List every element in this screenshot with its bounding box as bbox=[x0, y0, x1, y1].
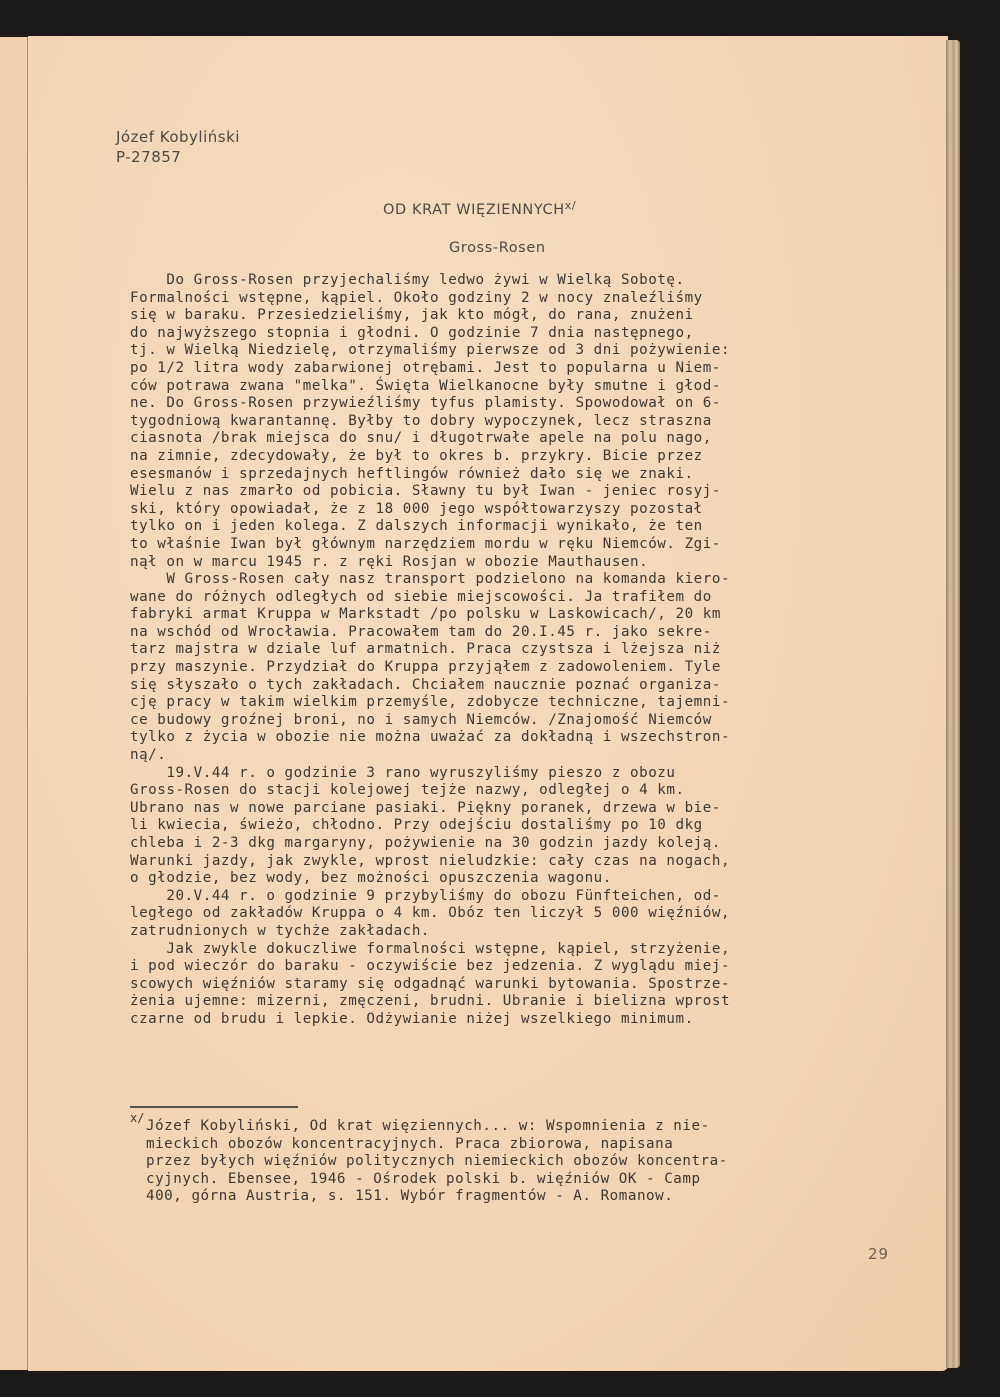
footnote-text: Józef Kobyliński, Od krat więziennych...… bbox=[146, 1118, 916, 1206]
body-line: Jak zwykle dokuczliwe formalności wstępn… bbox=[130, 941, 920, 959]
body-line: się w baraku. Przesiedzieliśmy, jak kto … bbox=[130, 307, 920, 325]
body-line: W Gross-Rosen cały nasz transport podzie… bbox=[130, 571, 920, 589]
document-title: OD KRAT WIĘZIENNYCHx/ bbox=[383, 202, 576, 218]
footnote-line: 400, górna Austria, s. 151. Wybór fragme… bbox=[146, 1188, 916, 1206]
footnote-marker: x/ bbox=[130, 1111, 144, 1125]
body-line: ległego od zakładów Kruppa o 4 km. Obóz … bbox=[130, 905, 920, 923]
body-line: chleba i 2-3 dkg margaryny, pożywienie n… bbox=[130, 835, 920, 853]
page-number: 29 bbox=[868, 1245, 889, 1263]
body-line: ne. Do Gross-Rosen przywieźliśmy tyfus p… bbox=[130, 395, 920, 413]
body-line: to właśnie Iwan był głównym narzędziem m… bbox=[130, 536, 920, 554]
body-line: ski, który opowiadał, że z 18 000 jego w… bbox=[130, 501, 920, 519]
body-line: tylko on i jeden kolega. Z dalszych info… bbox=[130, 518, 920, 536]
body-line: scowych więźniów staramy się odgadnąć wa… bbox=[130, 976, 920, 994]
body-line: esesmanów i sprzedajnych heftlingów równ… bbox=[130, 466, 920, 484]
title-footnote-marker: x/ bbox=[565, 199, 576, 212]
body-line: fabryki armat Kruppa w Markstadt /po pol… bbox=[130, 606, 920, 624]
page-stack-edge bbox=[946, 40, 960, 1368]
body-line: zatrudnionych w tychże zakładach. bbox=[130, 923, 920, 941]
body-line: li kwiecia, świeżo, chłodno. Przy odejśc… bbox=[130, 817, 920, 835]
body-line: 20.V.44 r. o godzinie 9 przybyliśmy do o… bbox=[130, 888, 920, 906]
body-line: tarz majstra w dziale luf armatnich. Pra… bbox=[130, 641, 920, 659]
title-text: OD KRAT WIĘZIENNYCH bbox=[383, 202, 565, 218]
body-line: Wielu z nas zmarło od pobicia. Sławny tu… bbox=[130, 483, 920, 501]
footnote-line: cyjnych. Ebensee, 1946 - Ośrodek polski … bbox=[146, 1171, 916, 1189]
body-line: na zimnie, zdecydowały, że był to okres … bbox=[130, 448, 920, 466]
footnote-line: przez byłych więźniów politycznych niemi… bbox=[146, 1153, 916, 1171]
body-line: tj. w Wielką Niedzielę, otrzymaliśmy pie… bbox=[130, 342, 920, 360]
body-line: cję pracy w takim wielkim przemyśle, zdo… bbox=[130, 694, 920, 712]
author-name: Józef Kobyliński bbox=[116, 127, 240, 147]
body-line: tygodniową kwarantannę. Byłby to dobry w… bbox=[130, 413, 920, 431]
body-line: Do Gross-Rosen przyjechaliśmy ledwo żywi… bbox=[130, 272, 920, 290]
footnote-line: Józef Kobyliński, Od krat więziennych...… bbox=[146, 1118, 916, 1136]
author-header: Józef Kobyliński P-27857 bbox=[116, 127, 240, 167]
body-line: ną/. bbox=[130, 747, 920, 765]
body-line: Warunki jazdy, jak zwykle, wprost nielud… bbox=[130, 853, 920, 871]
body-line: o głodzie, bez wody, bez możności opuszc… bbox=[130, 870, 920, 888]
body-line: po 1/2 litra wody zabarwionej otrębami. … bbox=[130, 360, 920, 378]
footnote-line: mieckich obozów koncentracyjnych. Praca … bbox=[146, 1136, 916, 1154]
body-line: przy maszynie. Przydział do Kruppa przyj… bbox=[130, 659, 920, 677]
body-line: ców potrawa zwana "melka". Święta Wielka… bbox=[130, 378, 920, 396]
body-line: żenia ujemne: mizerni, zmęczeni, brudni.… bbox=[130, 993, 920, 1011]
body-line: Ubrano nas w nowe parciane pasiaki. Pięk… bbox=[130, 800, 920, 818]
body-line: czarne od brudu i lepkie. Odżywianie niż… bbox=[130, 1011, 920, 1029]
prisoner-number: P-27857 bbox=[116, 147, 240, 167]
facing-page-edge bbox=[0, 37, 28, 1370]
body-line: Formalności wstępne, kąpiel. Około godzi… bbox=[130, 290, 920, 308]
footnote-divider bbox=[130, 1106, 298, 1108]
body-line: do najwyższego stopnia i głodni. O godzi… bbox=[130, 325, 920, 343]
body-line: Gross-Rosen do stacji kolejowej tejże na… bbox=[130, 782, 920, 800]
body-line: i pod wieczór do baraku - oczywiście bez… bbox=[130, 958, 920, 976]
body-line: na wschód od Wrocławia. Pracowałem tam d… bbox=[130, 624, 920, 642]
body-text: Do Gross-Rosen przyjechaliśmy ledwo żywi… bbox=[130, 272, 920, 1029]
body-line: się słyszało o tych zakładach. Chciałem … bbox=[130, 677, 920, 695]
body-line: 19.V.44 r. o godzinie 3 rano wyruszyliśm… bbox=[130, 765, 920, 783]
section-subtitle: Gross-Rosen bbox=[449, 240, 546, 256]
body-line: tylko z życia w obozie nie można uważać … bbox=[130, 729, 920, 747]
body-line: wane do różnych odległych od siebie miej… bbox=[130, 589, 920, 607]
body-line: nął on w marcu 1945 r. z ręki Rosjan w o… bbox=[130, 554, 920, 572]
body-line: ciasnota /brak miejsca do snu/ i długotr… bbox=[130, 430, 920, 448]
body-line: ce budowy groźnej broni, no i samych Nie… bbox=[130, 712, 920, 730]
